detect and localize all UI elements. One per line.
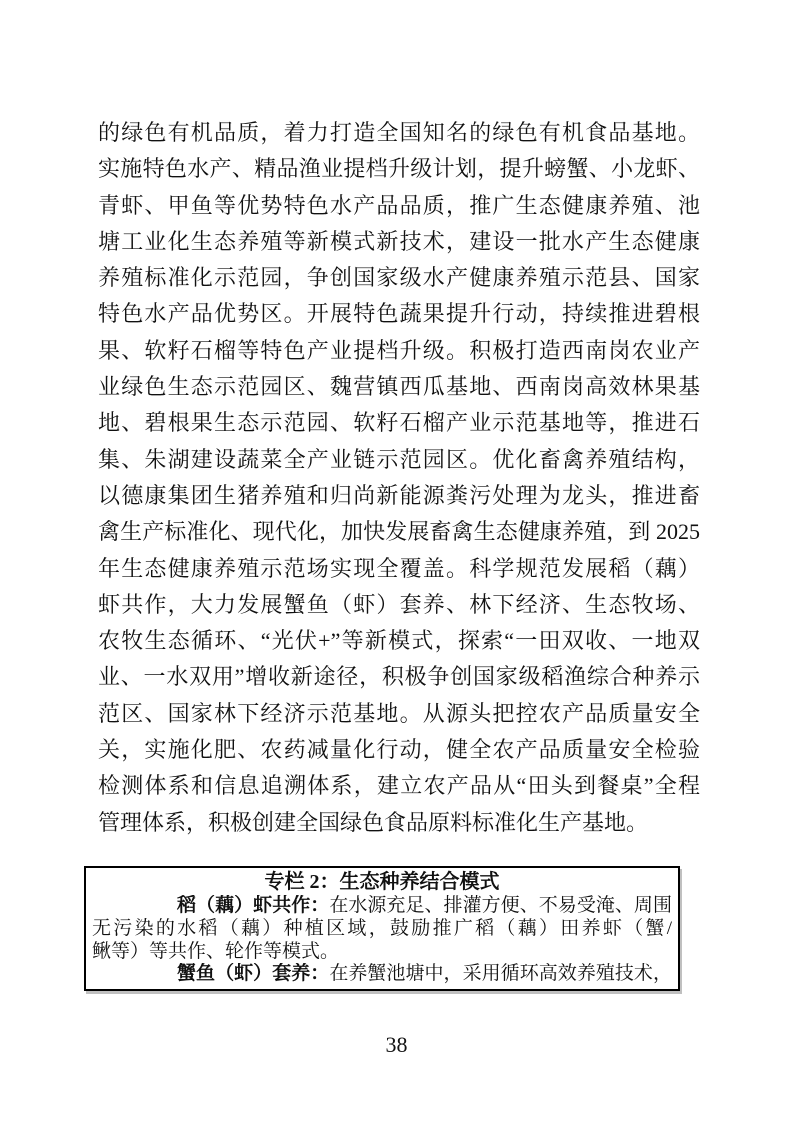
text-segment: 在养蟹池塘中，采用循环高效养殖技术， [329,963,672,984]
text-line: 塘工业化生态养殖等新模式新技术，建设一批水产生态健康 [98,224,700,260]
text-line: 果、软籽石榴等特色产业提档升级。积极打造西南岗农业产 [98,333,700,369]
term-label: 稻（藕）虾共作： [177,895,329,916]
text-line: 的绿色有机品质，着力打造全国知名的绿色有机食品基地。 [98,115,700,151]
text-line: 以德康集团生猪养殖和归尚新能源粪污处理为龙头，推进畜 [98,478,700,514]
document-page: 的绿色有机品质，着力打造全国知名的绿色有机食品基地。实施特色水产、精品渔业提档升… [0,0,793,1122]
text-line: 集、朱湖建设蔬菜全产业链示范园区。优化畜禽养殖结构， [98,442,700,478]
text-segment: 鳅等）等共作、轮作等模式。 [92,941,339,962]
text-line: 农牧生态循环、“光伏+”等新模式，探索“一田双收、一地双 [98,623,700,659]
body-paragraph: 的绿色有机品质，着力打造全国知名的绿色有机食品基地。实施特色水产、精品渔业提档升… [98,115,700,841]
text-line: 业绿色生态示范园区、魏营镇西瓜基地、西南岗高效林果基 [98,369,700,405]
text-line: 禽生产标准化、现代化，加快发展畜禽生态健康养殖，到 2025 [98,514,700,550]
text-line: 虾共作，大力发展蟹鱼（虾）套养、林下经济、生态牧场、 [98,587,700,623]
text-segment: 在水源充足、排灌方便、不易受淹、周围 [329,895,672,916]
callout-line: 蟹鱼（虾）套养：在养蟹池塘中，采用循环高效养殖技术， [92,963,672,986]
text-line: 管理体系，积极创建全国绿色食品原料标准化生产基地。 [98,805,700,841]
text-line: 业、一水双用”增收新途径，积极争创国家级稻渔综合种养示 [98,659,700,695]
text-line: 实施特色水产、精品渔业提档升级计划，提升螃蟹、小龙虾、 [98,151,700,187]
callout-line: 无污染的水稻（藕）种植区域，鼓励推广稻（藕）田养虾（蟹/ [92,918,672,941]
text-line: 地、碧根果生态示范园、软籽石榴产业示范基地等，推进石 [98,405,700,441]
text-line: 检测体系和信息追溯体系，建立农产品从“田头到餐桌”全程 [98,768,700,804]
text-line: 年生态健康养殖示范场实现全覆盖。科学规范发展稻（藕） [98,551,700,587]
callout-box-lines: 稻（藕）虾共作：在水源充足、排灌方便、不易受淹、周围无污染的水稻（藕）种植区域，… [92,895,672,986]
callout-line: 稻（藕）虾共作：在水源充足、排灌方便、不易受淹、周围 [92,895,672,918]
text-line: 养殖标准化示范园，争创国家级水产健康养殖示范县、国家 [98,260,700,296]
text-line: 特色水产品优势区。开展特色蔬果提升行动，持续推进碧根 [98,296,700,332]
text-line: 青虾、甲鱼等优势特色水产品品质，推广生态健康养殖、池 [98,188,700,224]
term-label: 蟹鱼（虾）套养： [177,963,329,984]
callout-line: 鳅等）等共作、轮作等模式。 [92,941,672,964]
callout-box: 专栏 2：生态种养结合模式 稻（藕）虾共作：在水源充足、排灌方便、不易受淹、周围… [84,866,680,991]
text-segment: 无污染的水稻（藕）种植区域，鼓励推广稻（藕）田养虾（蟹/ [92,918,672,939]
text-line: 范区、国家林下经济示范基地。从源头把控农产品质量安全 [98,696,700,732]
page-number: 38 [0,1030,793,1060]
callout-box-title: 专栏 2：生态种养结合模式 [92,870,672,895]
text-line: 关，实施化肥、农药减量化行动，健全农产品质量安全检验 [98,732,700,768]
